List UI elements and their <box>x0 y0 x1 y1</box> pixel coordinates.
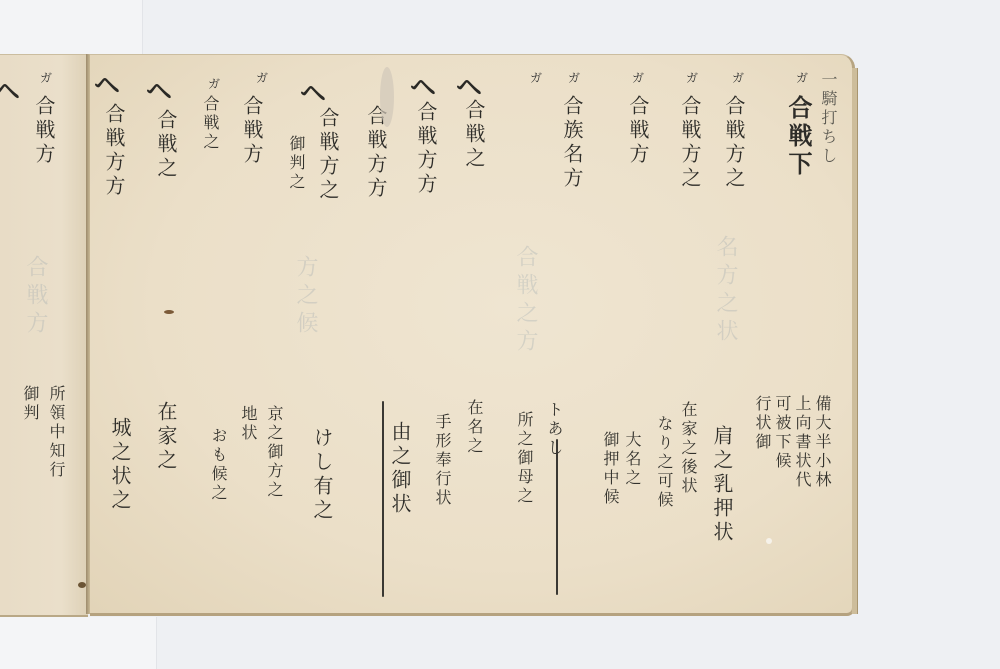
ga-mark: ガ <box>632 69 644 86</box>
text-column: 京之御方之 <box>266 405 282 500</box>
background-left-card-bottom <box>0 617 157 669</box>
vertical-rule <box>382 401 384 597</box>
ga-mark: ガ <box>732 69 744 86</box>
text-column: 可被下候 <box>774 395 790 471</box>
ga-mark: ガ <box>40 69 52 86</box>
text-column: 御判 <box>22 385 38 423</box>
text-column: 合戦方之 <box>680 95 700 191</box>
page-stack-edge <box>852 68 858 614</box>
text-column: 合族名方 <box>562 95 582 191</box>
text-column: 由之御状 <box>390 421 410 517</box>
he-mark: ヘ <box>146 71 172 108</box>
text-column: 合戦之 <box>202 95 218 152</box>
text-column: 地状 <box>240 405 256 443</box>
kana-mark: ヘ <box>0 71 20 108</box>
text-column: 在家之 <box>156 401 176 473</box>
ga-mark: ガ <box>568 69 580 86</box>
text-column: 在家之後状 <box>680 401 696 496</box>
ga-mark: ガ <box>686 69 698 86</box>
open-book: 合戦方 ヘ ガ 合戦方 所領中知行 御判 名方之状 合戦之方 方之候 ガ 一騎打… <box>0 54 858 617</box>
text-column: 行状御 <box>754 395 770 452</box>
text-column: 合戦方 <box>628 95 648 167</box>
text-column: 大名之 <box>624 431 640 488</box>
text-column: 合戦方方 <box>104 103 124 199</box>
he-mark: ヘ <box>94 65 120 102</box>
text-column: 合戦下 <box>786 95 810 179</box>
text-column: 手形奉行状 <box>434 413 450 508</box>
text-column: 在名之 <box>466 399 482 456</box>
vertical-rule <box>556 439 558 595</box>
text-column: 備大半小林 <box>814 395 830 490</box>
ink-bleed: 合戦方 <box>20 255 51 339</box>
ink-bleed: 方之候 <box>290 255 321 339</box>
he-mark: ヘ <box>410 67 436 104</box>
text-column: おも候之 <box>210 427 226 503</box>
text-column: 上向書状代 <box>794 395 810 490</box>
text-column: 合戦之 <box>156 109 176 181</box>
ga-mark: ガ <box>208 75 220 92</box>
paper-hole <box>766 538 772 544</box>
text-column: 合戦方 <box>34 95 54 167</box>
text-column: 城之状之 <box>110 417 130 513</box>
text-column: なり之可候 <box>656 415 672 510</box>
background-left-card <box>0 0 143 54</box>
left-page: 合戦方 ヘ ガ 合戦方 所領中知行 御判 <box>0 54 88 617</box>
paper-damage <box>380 67 394 127</box>
ink-bleed: 合戦之方 <box>510 245 541 357</box>
text-column: 合戦方之 <box>724 95 744 191</box>
he-mark: ヘ <box>300 73 326 110</box>
text-column: 所領中知行 <box>48 385 64 480</box>
right-page: 名方之状 合戦之方 方之候 ガ 一騎打ちし 合戦下 ガ 合戦方之 ガ 合戦方之 … <box>90 54 855 616</box>
text-column: けし有之 <box>312 427 332 523</box>
text-column: 肩之乳押状 <box>712 425 732 545</box>
text-column: 御押中候 <box>602 431 618 507</box>
text-column: 合戦之 <box>464 99 484 171</box>
ga-mark: ガ <box>796 69 808 86</box>
ga-mark: ガ <box>256 69 268 86</box>
ga-mark: ガ <box>530 69 542 86</box>
paper-speck <box>164 310 174 314</box>
text-column: トあし <box>546 401 562 458</box>
marginal-note: 一騎打ちし <box>820 71 836 166</box>
ink-bleed: 名方之状 <box>710 235 741 347</box>
binding-hole <box>78 582 86 588</box>
text-column: 合戦方之 <box>318 107 338 203</box>
text-column: 合戦方 <box>242 95 262 167</box>
text-column: 合戦方方 <box>416 101 436 197</box>
text-column: 所之御母之 <box>516 411 532 506</box>
text-column: 御判之 <box>288 135 304 192</box>
